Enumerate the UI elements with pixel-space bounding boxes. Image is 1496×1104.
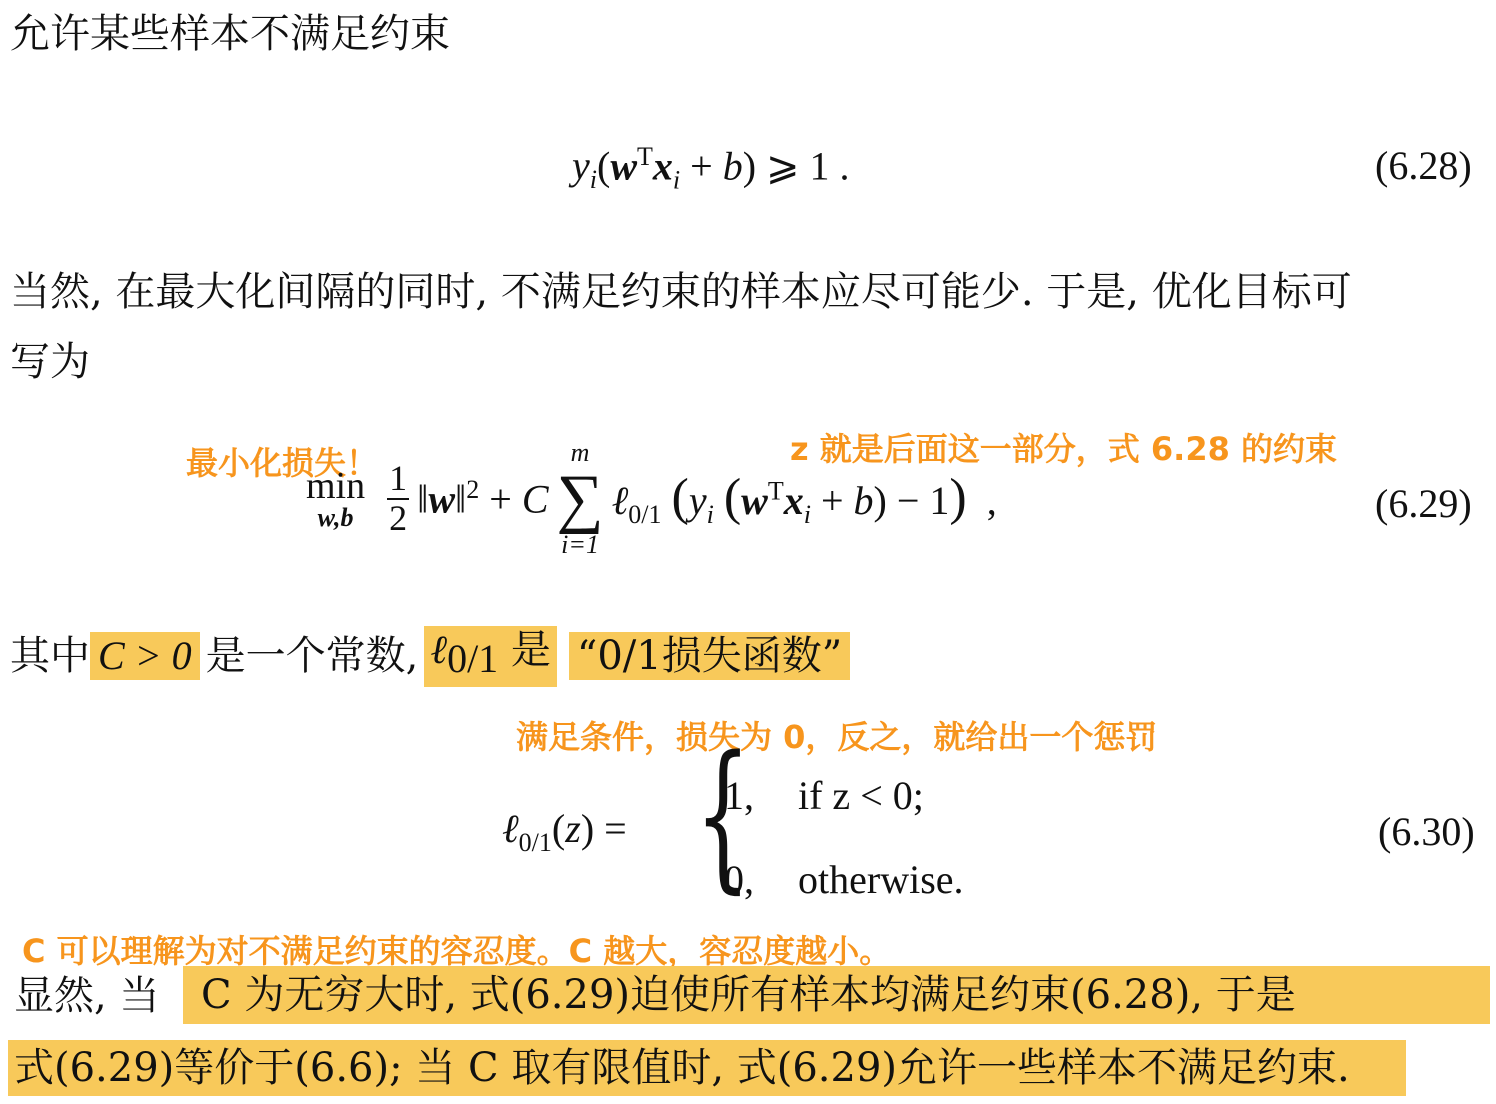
equation-6-30-lhs: ℓ0/1(z) = [502, 805, 627, 858]
paragraph-definition: 其中 C > 0 是一个常数, ℓ0/1 是 “0/1损失函数” [10, 630, 850, 682]
case-1: 1,if z < 0; [724, 772, 924, 819]
equation-number-6-30: (6.30) [1378, 808, 1475, 855]
equation-number-6-29: (6.29) [1375, 480, 1472, 527]
highlight-conclusion-line2: 式(6.29)等价于(6.6); 当 C 取有限值时, 式(6.29)允许一些样… [8, 1040, 1406, 1096]
paragraph-conclusion-prefix: 显然, 当 [14, 976, 159, 1016]
annotation-penalty: 满足条件，损失为 0，反之，就给出一个惩罚 [516, 712, 1157, 758]
highlight-conclusion-line1: C 为无穷大时, 式(6.29)迫使所有样本均满足约束(6.28), 于是 [183, 966, 1490, 1024]
equation-number-6-28: (6.28) [1375, 142, 1472, 189]
sum-operator: m ∑ i=1 [557, 440, 604, 558]
highlight-loss-symbol: ℓ0/1 是 [424, 626, 557, 687]
highlight-c-positive: C > 0 [90, 632, 200, 680]
equation-6-29: min w,b 12 ‖w‖2 + C m ∑ i=1 ℓ0/1 (yi (wT… [306, 440, 997, 558]
paragraph-line: 当然, 在最大化间隔的同时, 不满足约束的样本应尽可能少. 于是, 优化目标可 [10, 272, 1352, 312]
paragraph-intro: 允许某些样本不满足约束 [10, 14, 450, 54]
highlight-loss-function-name: “0/1损失函数” [569, 632, 850, 680]
equation-6-28: yi(wTxi + b) ⩾ 1 . [572, 142, 850, 195]
min-operator: min w,b [306, 467, 365, 531]
case-2: 0,otherwise. [724, 856, 964, 903]
paragraph-line: 写为 [10, 342, 90, 382]
